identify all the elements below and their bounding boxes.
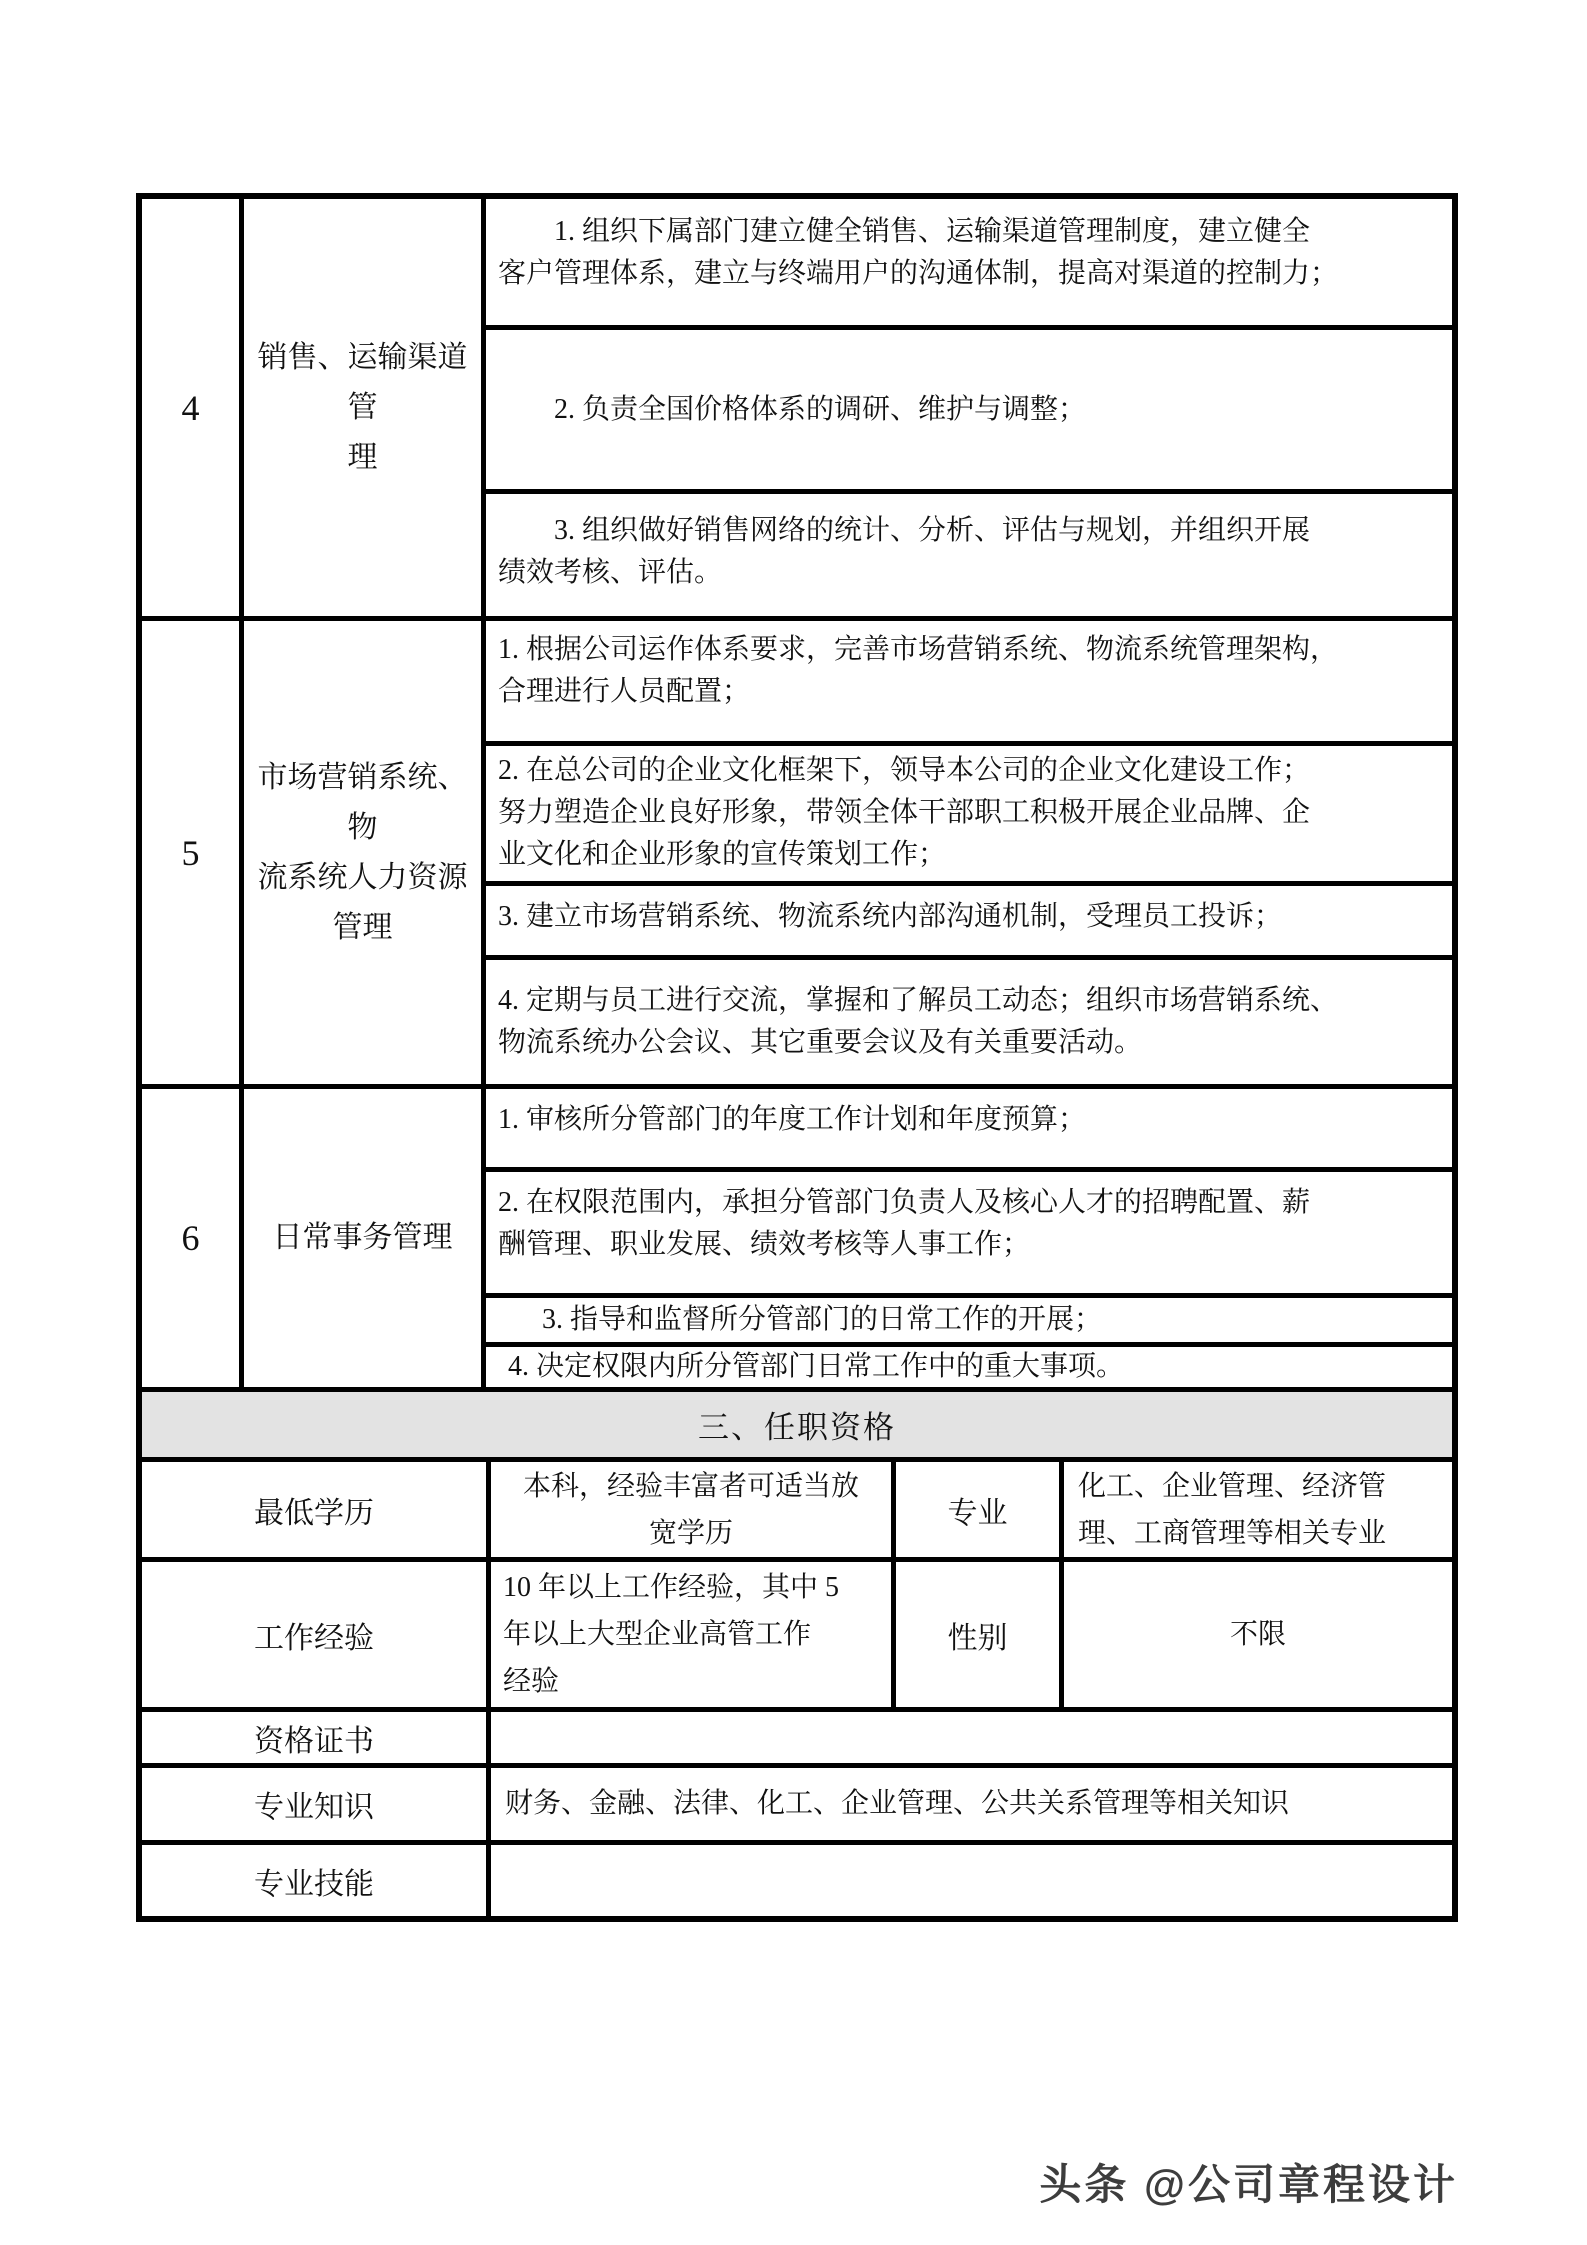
- duty-row-number: 4: [142, 199, 244, 616]
- qual-row-knowledge: 专业知识 财务、金融、法律、化工、企业管理、公共关系管理等相关知识: [142, 1768, 1452, 1845]
- duty-category: 市场营销系统、物 流系统人力资源 管理: [244, 621, 486, 1084]
- qual-value-gender: 不限: [1064, 1562, 1452, 1707]
- duty-row-number: 5: [142, 621, 244, 1084]
- job-description-table: 4 销售、运输渠道管 理 1. 组织下属部门建立健全销售、运输渠道管理制度，建立…: [136, 193, 1458, 1922]
- duty-item: 3. 组织做好销售网络的统计、分析、评估与规划，并组织开展 绩效考核、评估。: [486, 494, 1452, 616]
- duty-item: 1. 组织下属部门建立健全销售、运输渠道管理制度，建立健全 客户管理体系，建立与…: [486, 199, 1452, 330]
- qual-label-skills: 专业技能: [142, 1845, 491, 1916]
- duty-item: 2. 在总公司的企业文化框架下，领导本公司的企业文化建设工作； 努力塑造企业良好…: [486, 746, 1452, 886]
- duty-items: 1. 组织下属部门建立健全销售、运输渠道管理制度，建立健全 客户管理体系，建立与…: [486, 199, 1452, 616]
- qual-label-certificate: 资格证书: [142, 1712, 491, 1763]
- qual-row-certificate: 资格证书: [142, 1712, 1452, 1768]
- duty-item: 1. 根据公司运作体系要求，完善市场营销系统、物流系统管理架构， 合理进行人员配…: [486, 621, 1452, 746]
- duty-row-6: 6 日常事务管理 1. 审核所分管部门的年度工作计划和年度预算； 2. 在权限范…: [142, 1089, 1452, 1392]
- duty-category: 销售、运输渠道管 理: [244, 199, 486, 616]
- document-page: 4 销售、运输渠道管 理 1. 组织下属部门建立健全销售、运输渠道管理制度，建立…: [0, 0, 1587, 2245]
- duty-row-5: 5 市场营销系统、物 流系统人力资源 管理 1. 根据公司运作体系要求，完善市场…: [142, 621, 1452, 1089]
- qual-value-knowledge: 财务、金融、法律、化工、企业管理、公共关系管理等相关知识: [491, 1768, 1452, 1840]
- duty-item: 2. 在权限范围内，承担分管部门负责人及核心人才的招聘配置、薪 酬管理、职业发展…: [486, 1172, 1452, 1298]
- qual-label-gender: 性别: [896, 1562, 1064, 1707]
- duty-category: 日常事务管理: [244, 1089, 486, 1387]
- qual-row-skills: 专业技能: [142, 1845, 1452, 1916]
- section-header-qualifications: 三、任职资格: [142, 1392, 1452, 1462]
- watermark-text: 头条 @公司章程设计: [1039, 2152, 1458, 2212]
- qual-value-skills: [491, 1845, 1452, 1916]
- qual-row-education: 最低学历 本科，经验丰富者可适当放 宽学历 专业 化工、企业管理、经济管 理、工…: [142, 1462, 1452, 1562]
- qual-label-min-education: 最低学历: [142, 1462, 491, 1557]
- qual-value-experience: 10 年以上工作经验，其中 5 年以上大型企业高管工作 经验: [491, 1562, 896, 1707]
- duty-item: 4. 定期与员工进行交流，掌握和了解员工动态；组织市场营销系统、 物流系统办公会…: [486, 960, 1452, 1084]
- duty-items: 1. 根据公司运作体系要求，完善市场营销系统、物流系统管理架构， 合理进行人员配…: [486, 621, 1452, 1084]
- qual-label-experience: 工作经验: [142, 1562, 491, 1707]
- qual-value-min-education: 本科，经验丰富者可适当放 宽学历: [491, 1462, 896, 1557]
- duty-item: 1. 审核所分管部门的年度工作计划和年度预算；: [486, 1089, 1452, 1172]
- duty-item: 3. 指导和监督所分管部门的日常工作的开展；: [486, 1298, 1452, 1347]
- qual-value-certificate: [491, 1712, 1452, 1763]
- duty-item: 2. 负责全国价格体系的调研、维护与调整；: [486, 330, 1452, 494]
- duty-row-4: 4 销售、运输渠道管 理 1. 组织下属部门建立健全销售、运输渠道管理制度，建立…: [142, 199, 1452, 621]
- duty-item: 3. 建立市场营销系统、物流系统内部沟通机制，受理员工投诉；: [486, 886, 1452, 960]
- qual-label-major: 专业: [896, 1462, 1064, 1557]
- duty-row-number: 6: [142, 1089, 244, 1387]
- qual-row-experience: 工作经验 10 年以上工作经验，其中 5 年以上大型企业高管工作 经验 性别 不…: [142, 1562, 1452, 1712]
- duty-item: 4. 决定权限内所分管部门日常工作中的重大事项。: [486, 1347, 1452, 1387]
- duty-items: 1. 审核所分管部门的年度工作计划和年度预算； 2. 在权限范围内，承担分管部门…: [486, 1089, 1452, 1387]
- qual-value-major: 化工、企业管理、经济管 理、工商管理等相关专业: [1064, 1462, 1452, 1557]
- qual-label-knowledge: 专业知识: [142, 1768, 491, 1840]
